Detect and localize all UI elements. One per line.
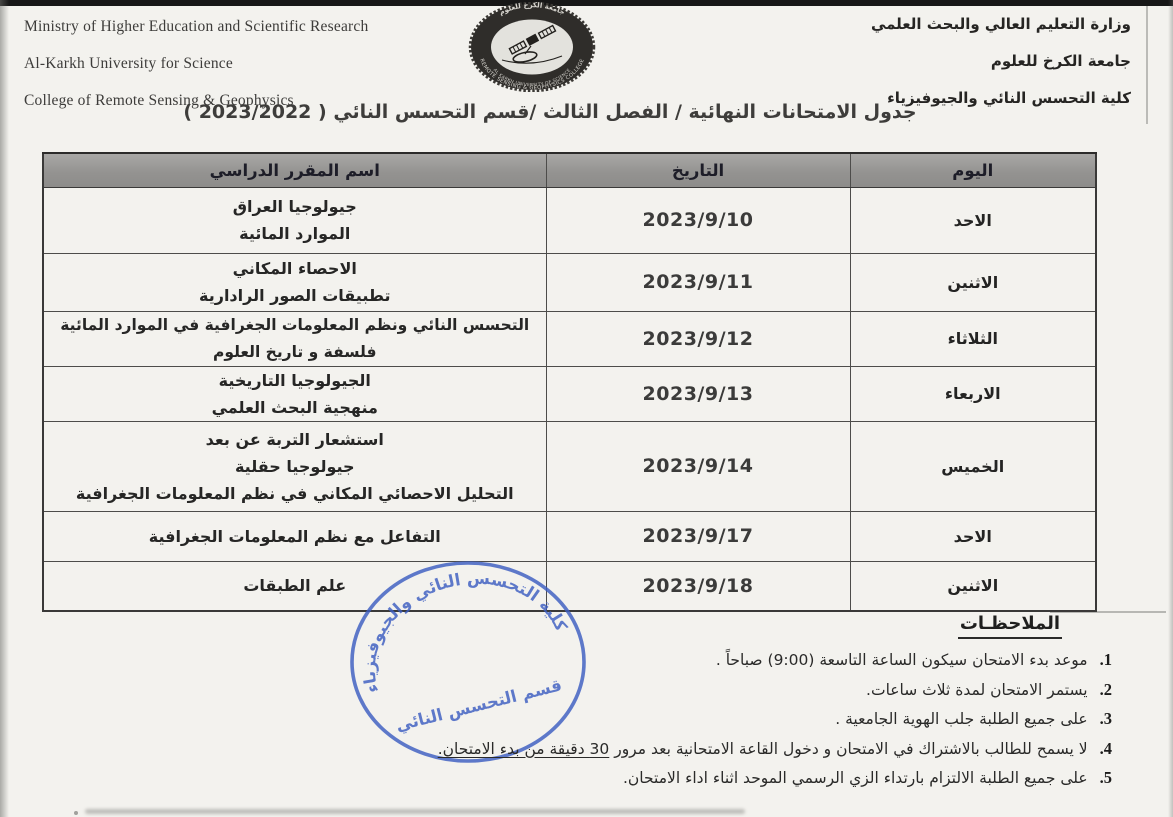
col-header-day: اليوم	[850, 153, 1096, 187]
course-cell: الاحصاء المكاني تطبيقات الصور الرادارية	[43, 253, 546, 311]
course-cell: جيولوجيا العراق الموارد المائية	[43, 187, 546, 253]
date-cell: 2023/9/14	[546, 421, 850, 511]
col-header-date: التاريخ	[546, 153, 850, 187]
course-cell: التحسس النائي ونظم المعلومات الجغرافية ف…	[43, 311, 546, 366]
notes-list: 1.موعد بدء الامتحان سيكون الساعة التاسعة…	[472, 650, 1112, 798]
note-item: 5.على جميع الطلبة الالتزام بارتداء الزي …	[472, 768, 1112, 798]
day-cell: الاحد	[850, 511, 1096, 561]
university-logo: جامعة الكرخ للعلوم REMOTE SENSING & GEOP…	[468, 2, 596, 92]
date-cell: 2023/9/10	[546, 187, 850, 253]
note-text: على جميع الطلبة جلب الهوية الجامعية .	[835, 710, 1087, 728]
date-cell: 2023/9/13	[546, 366, 850, 421]
table-row: الثلاثاء 2023/9/12 التحسس النائي ونظم ال…	[43, 311, 1096, 366]
notes-title: الملاحظـات	[958, 613, 1062, 639]
day-cell: الاحد	[850, 187, 1096, 253]
date-cell: 2023/9/11	[546, 253, 850, 311]
course-cell: استشعار التربة عن بعد جيولوجيا حقلية الت…	[43, 421, 546, 511]
course-cell: الجيولوجيا التاريخية منهجية البحث العلمي	[43, 366, 546, 421]
document-title: جدول الامتحانات النهائية / الفصل الثالث …	[100, 101, 1000, 123]
table-header-row: اليوم التاريخ اسم المقرر الدراسي	[43, 153, 1096, 187]
note-item: 1.موعد بدء الامتحان سيكون الساعة التاسعة…	[472, 650, 1112, 680]
ministry-line-ar: وزارة التعليم العالي والبحث العلمي	[871, 6, 1131, 43]
scanned-document: Ministry of Higher Education and Scienti…	[0, 0, 1173, 817]
col-header-course: اسم المقرر الدراسي	[43, 153, 546, 187]
note-number: 4.	[1100, 739, 1112, 758]
table-row: الاثنين 2023/9/11 الاحصاء المكاني تطبيقا…	[43, 253, 1096, 311]
day-cell: الثلاثاء	[850, 311, 1096, 366]
note-text: موعد بدء الامتحان سيكون الساعة التاسعة (…	[716, 651, 1088, 669]
logo-inner-field	[491, 20, 573, 75]
note-number: 5.	[1100, 768, 1112, 787]
table-row: الخميس 2023/9/14 استشعار التربة عن بعد ج…	[43, 421, 1096, 511]
date-cell: 2023/9/12	[546, 311, 850, 366]
table-row: الاربعاء 2023/9/13 الجيولوجيا التاريخية …	[43, 366, 1096, 421]
scan-left-edge	[0, 0, 9, 817]
university-line-en: Al-Karkh University for Science	[24, 45, 368, 82]
ministry-line-en: Ministry of Higher Education and Scienti…	[24, 8, 368, 45]
note-item: 2.يستمر الامتحان لمدة ثلاث ساعات.	[472, 680, 1112, 710]
note-number: 2.	[1100, 680, 1112, 699]
note-item: 4.لا يسمح للطالب بالاشتراك في الامتحان و…	[472, 739, 1112, 769]
day-cell: الاربعاء	[850, 366, 1096, 421]
table-row: الاحد 2023/9/10 جيولوجيا العراق الموارد …	[43, 187, 1096, 253]
scan-speck	[74, 811, 78, 815]
exam-schedule-table: اليوم التاريخ اسم المقرر الدراسي الاحد 2…	[42, 152, 1097, 612]
note-item: 3.على جميع الطلبة جلب الهوية الجامعية .	[472, 709, 1112, 739]
university-line-ar: جامعة الكرخ للعلوم	[871, 43, 1131, 80]
day-cell: الاثنين	[850, 253, 1096, 311]
note-text: لا يسمح للطالب بالاشتراك في الامتحان و د…	[609, 740, 1087, 758]
note-text: على جميع الطلبة الالتزام بارتداء الزي ال…	[623, 769, 1088, 787]
paper-crease-vertical	[1146, 6, 1148, 124]
note-text-underlined: 30 دقيقة من بدء الامتحان.	[438, 740, 610, 758]
scan-right-edge	[1168, 0, 1173, 817]
day-cell: الخميس	[850, 421, 1096, 511]
day-cell: الاثنين	[850, 561, 1096, 611]
scan-bottom-smudge	[85, 809, 745, 814]
note-number: 3.	[1100, 709, 1112, 728]
note-number: 1.	[1100, 650, 1112, 669]
note-text: يستمر الامتحان لمدة ثلاث ساعات.	[866, 681, 1088, 699]
